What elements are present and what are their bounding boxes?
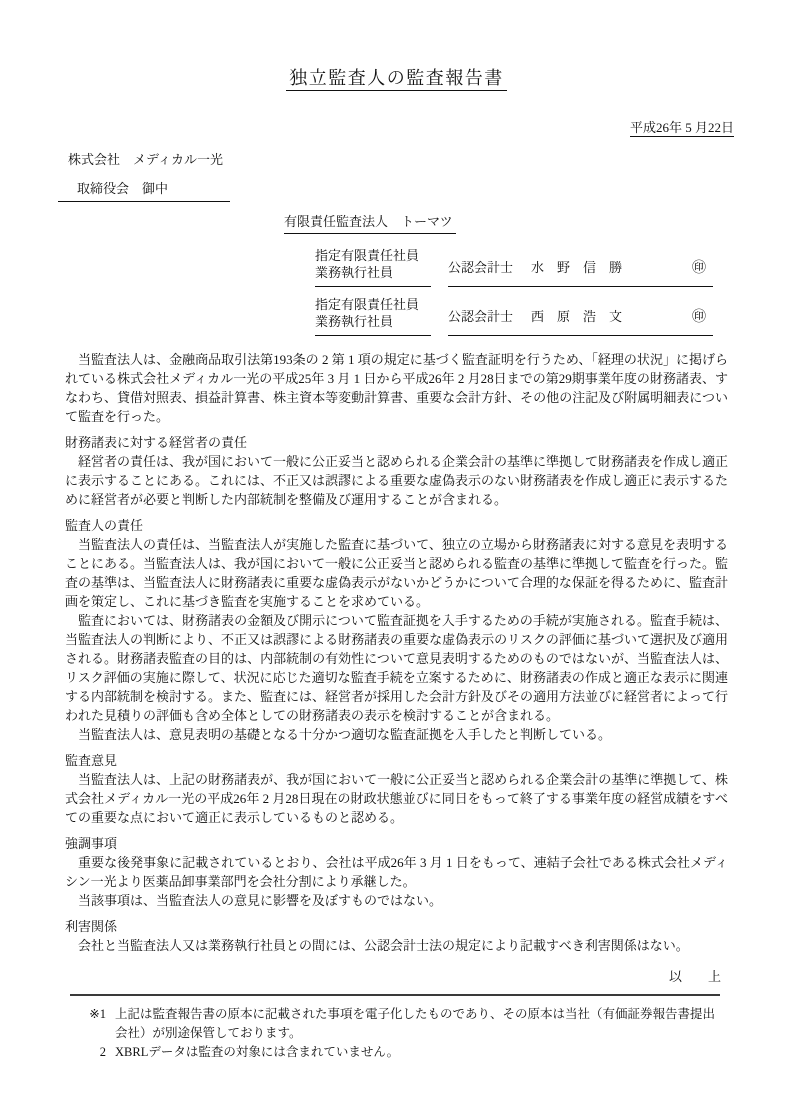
signatory-1-role-line2: 業務執行社員	[315, 264, 431, 281]
footnote-text: XBRLデータは監査の対象には含まれていません。	[115, 1043, 715, 1062]
section-paragraph: 監査においては、財務諸表の金額及び開示について監査証拠を入手するための手続が実施…	[65, 611, 728, 725]
addressee-board-text: 取締役会 御中	[58, 178, 230, 202]
signatory-1-role: 指定有限責任社員 業務執行社員	[315, 247, 431, 287]
section-paragraph: 重要な後発事象に記載されているとおり、会社は平成26年 3 月 1 日をもって、…	[65, 853, 728, 891]
section-paragraph: 会社と当監査法人又は業務執行社員との間には、公認会計士法の規定により記載すべき利…	[65, 936, 728, 955]
audit-firm-name-text: 有限責任監査法人 トーマツ	[284, 211, 456, 234]
signatory-row-1: 指定有限責任社員 業務執行社員 公認会計士 水 野 信 勝 ㊞	[315, 247, 728, 287]
section-paragraph: 当監査法人の責任は、当監査法人が実施した監査に基づいて、独立の立場から財務諸表に…	[65, 535, 728, 611]
signatory-1-name: 水 野 信 勝	[531, 257, 622, 276]
signatory-1-title: 公認会計士	[448, 257, 513, 276]
section-paragraph: 当該事項は、当監査法人の意見に影響を及ぼすものではない。	[65, 891, 728, 910]
section-audit-opinion: 監査意見 当監査法人は、上記の財務諸表が、我が国において一般に公正妥当と認められ…	[65, 751, 728, 827]
footnote-marker: ※1	[65, 1005, 106, 1043]
section-management-responsibility: 財務諸表に対する経営者の責任 経営者の責任は、我が国において一般に公正妥当と認め…	[65, 433, 728, 509]
footnote-item-1: ※1 上記は監査報告書の原本に記載された事項を電子化したものであり、その原本は当…	[65, 1005, 715, 1043]
section-heading: 財務諸表に対する経営者の責任	[65, 433, 728, 452]
signatory-2-role: 指定有限責任社員 業務執行社員	[315, 296, 431, 336]
signatory-1-role-line1: 指定有限責任社員	[315, 247, 431, 264]
signatory-2-role-line1: 指定有限責任社員	[315, 296, 431, 313]
signatory-2-role-line2: 業務執行社員	[315, 313, 431, 330]
signature-block: 指定有限責任社員 業務執行社員 公認会計士 水 野 信 勝 ㊞ 指定有限責任社員…	[315, 247, 728, 336]
signatory-2-name-line: 公認会計士 西 原 浩 文 ㊞	[448, 296, 713, 336]
addressee-company: 株式会社 メディカル一光	[65, 149, 728, 168]
footnote-item-2: 2 XBRLデータは監査の対象には含まれていません。	[65, 1043, 715, 1062]
section-interest-relationship: 利害関係 会社と当監査法人又は業務執行社員との間には、公認会計士法の規定により記…	[65, 917, 728, 955]
section-heading: 強調事項	[65, 834, 728, 853]
signatory-2-title: 公認会計士	[448, 306, 513, 325]
section-heading: 監査意見	[65, 751, 728, 770]
signatory-row-2: 指定有限責任社員 業務執行社員 公認会計士 西 原 浩 文 ㊞	[315, 296, 728, 336]
audit-report-page: 独立監査人の監査報告書 平成26年 5 月22日 株式会社 メディカル一光 取締…	[0, 0, 790, 1118]
addressee-board: 取締役会 御中	[65, 178, 728, 202]
footnote-text: 上記は監査報告書の原本に記載された事項を電子化したものであり、その原本は当社（有…	[115, 1005, 715, 1043]
footnote-divider	[70, 994, 720, 996]
footnote-marker: 2	[65, 1043, 106, 1062]
section-paragraph: 経営者の責任は、我が国において一般に公正妥当と認められる企業会計の基準に準拠して…	[65, 452, 728, 509]
closing-mark: 以 上	[65, 966, 728, 985]
document-title-text: 独立監査人の監査報告書	[286, 68, 507, 91]
report-date: 平成26年 5 月22日	[65, 117, 734, 136]
section-auditor-responsibility: 監査人の責任 当監査法人の責任は、当監査法人が実施した監査に基づいて、独立の立場…	[65, 516, 728, 744]
footnotes: ※1 上記は監査報告書の原本に記載された事項を電子化したものであり、その原本は当…	[65, 1005, 728, 1062]
report-date-text: 平成26年 5 月22日	[630, 120, 734, 137]
section-emphasis-of-matter: 強調事項 重要な後発事象に記載されているとおり、会社は平成26年 3 月 1 日…	[65, 834, 728, 910]
seal-icon: ㊞	[692, 306, 706, 326]
audit-firm-name: 有限責任監査法人 トーマツ	[284, 211, 728, 234]
section-paragraph: 当監査法人は、意見表明の基礎となる十分かつ適切な監査証拠を入手したと判断している…	[65, 725, 728, 744]
report-body: 当監査法人は、金融商品取引法第193条の 2 第 1 項の規定に基づく監査証明を…	[65, 350, 728, 955]
intro-paragraph: 当監査法人は、金融商品取引法第193条の 2 第 1 項の規定に基づく監査証明を…	[65, 350, 728, 426]
section-paragraph: 当監査法人は、上記の財務諸表が、我が国において一般に公正妥当と認められる企業会計…	[65, 770, 728, 827]
signatory-2-name: 西 原 浩 文	[531, 306, 622, 325]
signatory-1-name-line: 公認会計士 水 野 信 勝 ㊞	[448, 247, 713, 287]
section-heading: 利害関係	[65, 917, 728, 936]
seal-icon: ㊞	[692, 257, 706, 277]
document-title: 独立監査人の監査報告書	[65, 64, 728, 90]
section-heading: 監査人の責任	[65, 516, 728, 535]
